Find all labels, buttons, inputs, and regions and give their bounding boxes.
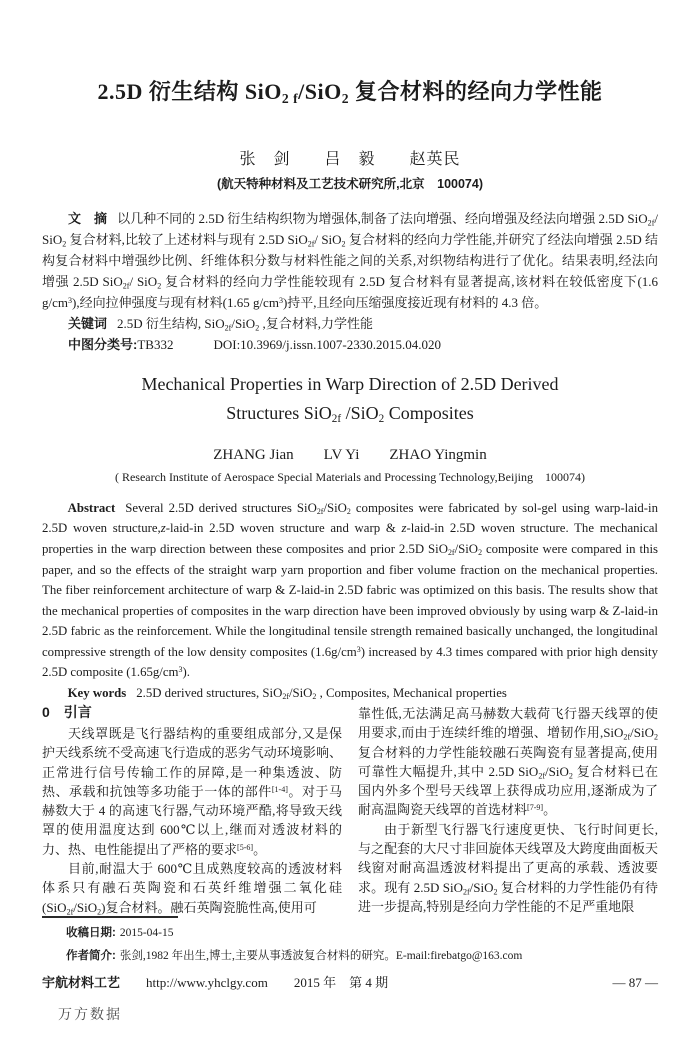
page-number: — 87 — <box>613 974 659 992</box>
intro-paragraph-3: 由于新型飞行器飞行速度更快、飞行时间更长,与之配套的大尺寸非回旋体天线罩及大跨度… <box>358 820 658 916</box>
affiliation-cn: (航天特种材料及工艺技术研究所,北京 100074) <box>42 176 658 193</box>
received-date-value: 2015-04-15 <box>120 927 174 939</box>
intro-paragraph-1: 天线罩既是飞行器结构的重要组成部分,又是保护天线系统不受高速飞行造成的恶劣气动环… <box>42 724 342 859</box>
authors-cn: 张 剑 吕 毅 赵英民 <box>42 149 658 171</box>
intro-paragraph-2: 目前,耐温大于 600℃且成熟度较高的透波材料体系只有融石英陶瓷和石英纤维增强二… <box>42 859 342 916</box>
authors-en: ZHANG Jian LV Yi ZHAO Yingmin <box>42 445 658 466</box>
clc-value: TB332 <box>137 337 173 352</box>
footer-left: 宇航材料工艺http://www.yhclgy.com2015 年 第 4 期 <box>42 974 388 992</box>
section-0-heading: 0 引言 <box>42 704 342 721</box>
received-date-line: 收稿日期:2015-04-15 <box>42 926 658 941</box>
received-date-label: 收稿日期: <box>66 927 116 939</box>
abstract-cn-text: 以几种不同的 2.5D 衍生结构织物为增强体,制备了法向增强、经向增强及经法向增… <box>42 211 658 310</box>
page-footer: 宇航材料工艺http://www.yhclgy.com2015 年 第 4 期 … <box>42 974 658 992</box>
keywords-cn-line: 关键词2.5D 衍生结构, SiO2f/SiO2 ,复合材料,力学性能 <box>42 313 658 334</box>
footnote-divider <box>42 916 178 918</box>
clc-doi-line: 中图分类号:TB332DOI:10.3969/j.issn.1007-2330.… <box>42 334 658 355</box>
abstract-en-text: Several 2.5D derived structures SiO2f/Si… <box>42 501 658 680</box>
paper-title-en-line1: Mechanical Properties in Warp Direction … <box>42 370 658 399</box>
abstract-en-label: Abstract <box>68 501 116 515</box>
wanfang-watermark: 万方数据 <box>58 1004 122 1024</box>
doi-value: DOI:10.3969/j.issn.1007-2330.2015.04.020 <box>213 337 441 352</box>
keywords-en-label: Key words <box>68 686 127 700</box>
affiliation-en: ( Research Institute of Aerospace Specia… <box>42 469 658 486</box>
keywords-en-line: Key words2.5D derived structures, SiO2f/… <box>42 683 658 704</box>
author-bio-value: 张剑,1982 年出生,博士,主要从事透波复合材料的研究。E-mail:fire… <box>120 950 523 962</box>
clc-label: 中图分类号: <box>68 337 137 352</box>
keywords-cn-text: 2.5D 衍生结构, SiO2f/SiO2 ,复合材料,力学性能 <box>117 316 373 331</box>
keywords-en-text: 2.5D derived structures, SiO2f/SiO2 , Co… <box>136 686 507 700</box>
author-bio-line: 作者简介:张剑,1982 年出生,博士,主要从事透波复合材料的研究。E-mail… <box>42 949 658 964</box>
abstract-cn: 文 摘以几种不同的 2.5D 衍生结构织物为增强体,制备了法向增强、经向增强及经… <box>42 208 658 313</box>
body-left-column: 0 引言 天线罩既是飞行器结构的重要组成部分,又是保护天线系统不受高速飞行造成的… <box>42 704 342 916</box>
paper-title-en: Mechanical Properties in Warp Direction … <box>42 370 658 428</box>
intro-paragraph-2-continued: 靠性低,无法满足高马赫数大载荷飞行器天线罩的使用要求,而由于连续纤维的增强、增韧… <box>358 704 658 820</box>
abstract-en: AbstractSeveral 2.5D derived structures … <box>42 498 658 683</box>
page-bottom-block: 收稿日期:2015-04-15 作者简介:张剑,1982 年出生,博士,主要从事… <box>42 916 658 992</box>
journal-url: http://www.yhclgy.com <box>146 975 268 990</box>
paper-page: 2.5D 衍生结构 SiO2 f/SiO2 复合材料的经向力学性能 张 剑 吕 … <box>0 0 700 1040</box>
keywords-cn-label: 关键词 <box>68 316 107 331</box>
issue-info: 2015 年 第 4 期 <box>294 975 388 990</box>
paper-title-cn: 2.5D 衍生结构 SiO2 f/SiO2 复合材料的经向力学性能 <box>42 15 658 109</box>
body-right-column: 靠性低,无法满足高马赫数大载荷飞行器天线罩的使用要求,而由于连续纤维的增强、增韧… <box>358 704 658 916</box>
body-columns: 0 引言 天线罩既是飞行器结构的重要组成部分,又是保护天线系统不受高速飞行造成的… <box>42 704 658 916</box>
author-bio-label: 作者简介: <box>66 950 116 962</box>
paper-title-en-line2: Structures SiO2f /SiO2 Composites <box>42 399 658 428</box>
journal-name: 宇航材料工艺 <box>42 975 120 990</box>
abstract-cn-label: 文 摘 <box>68 211 107 226</box>
